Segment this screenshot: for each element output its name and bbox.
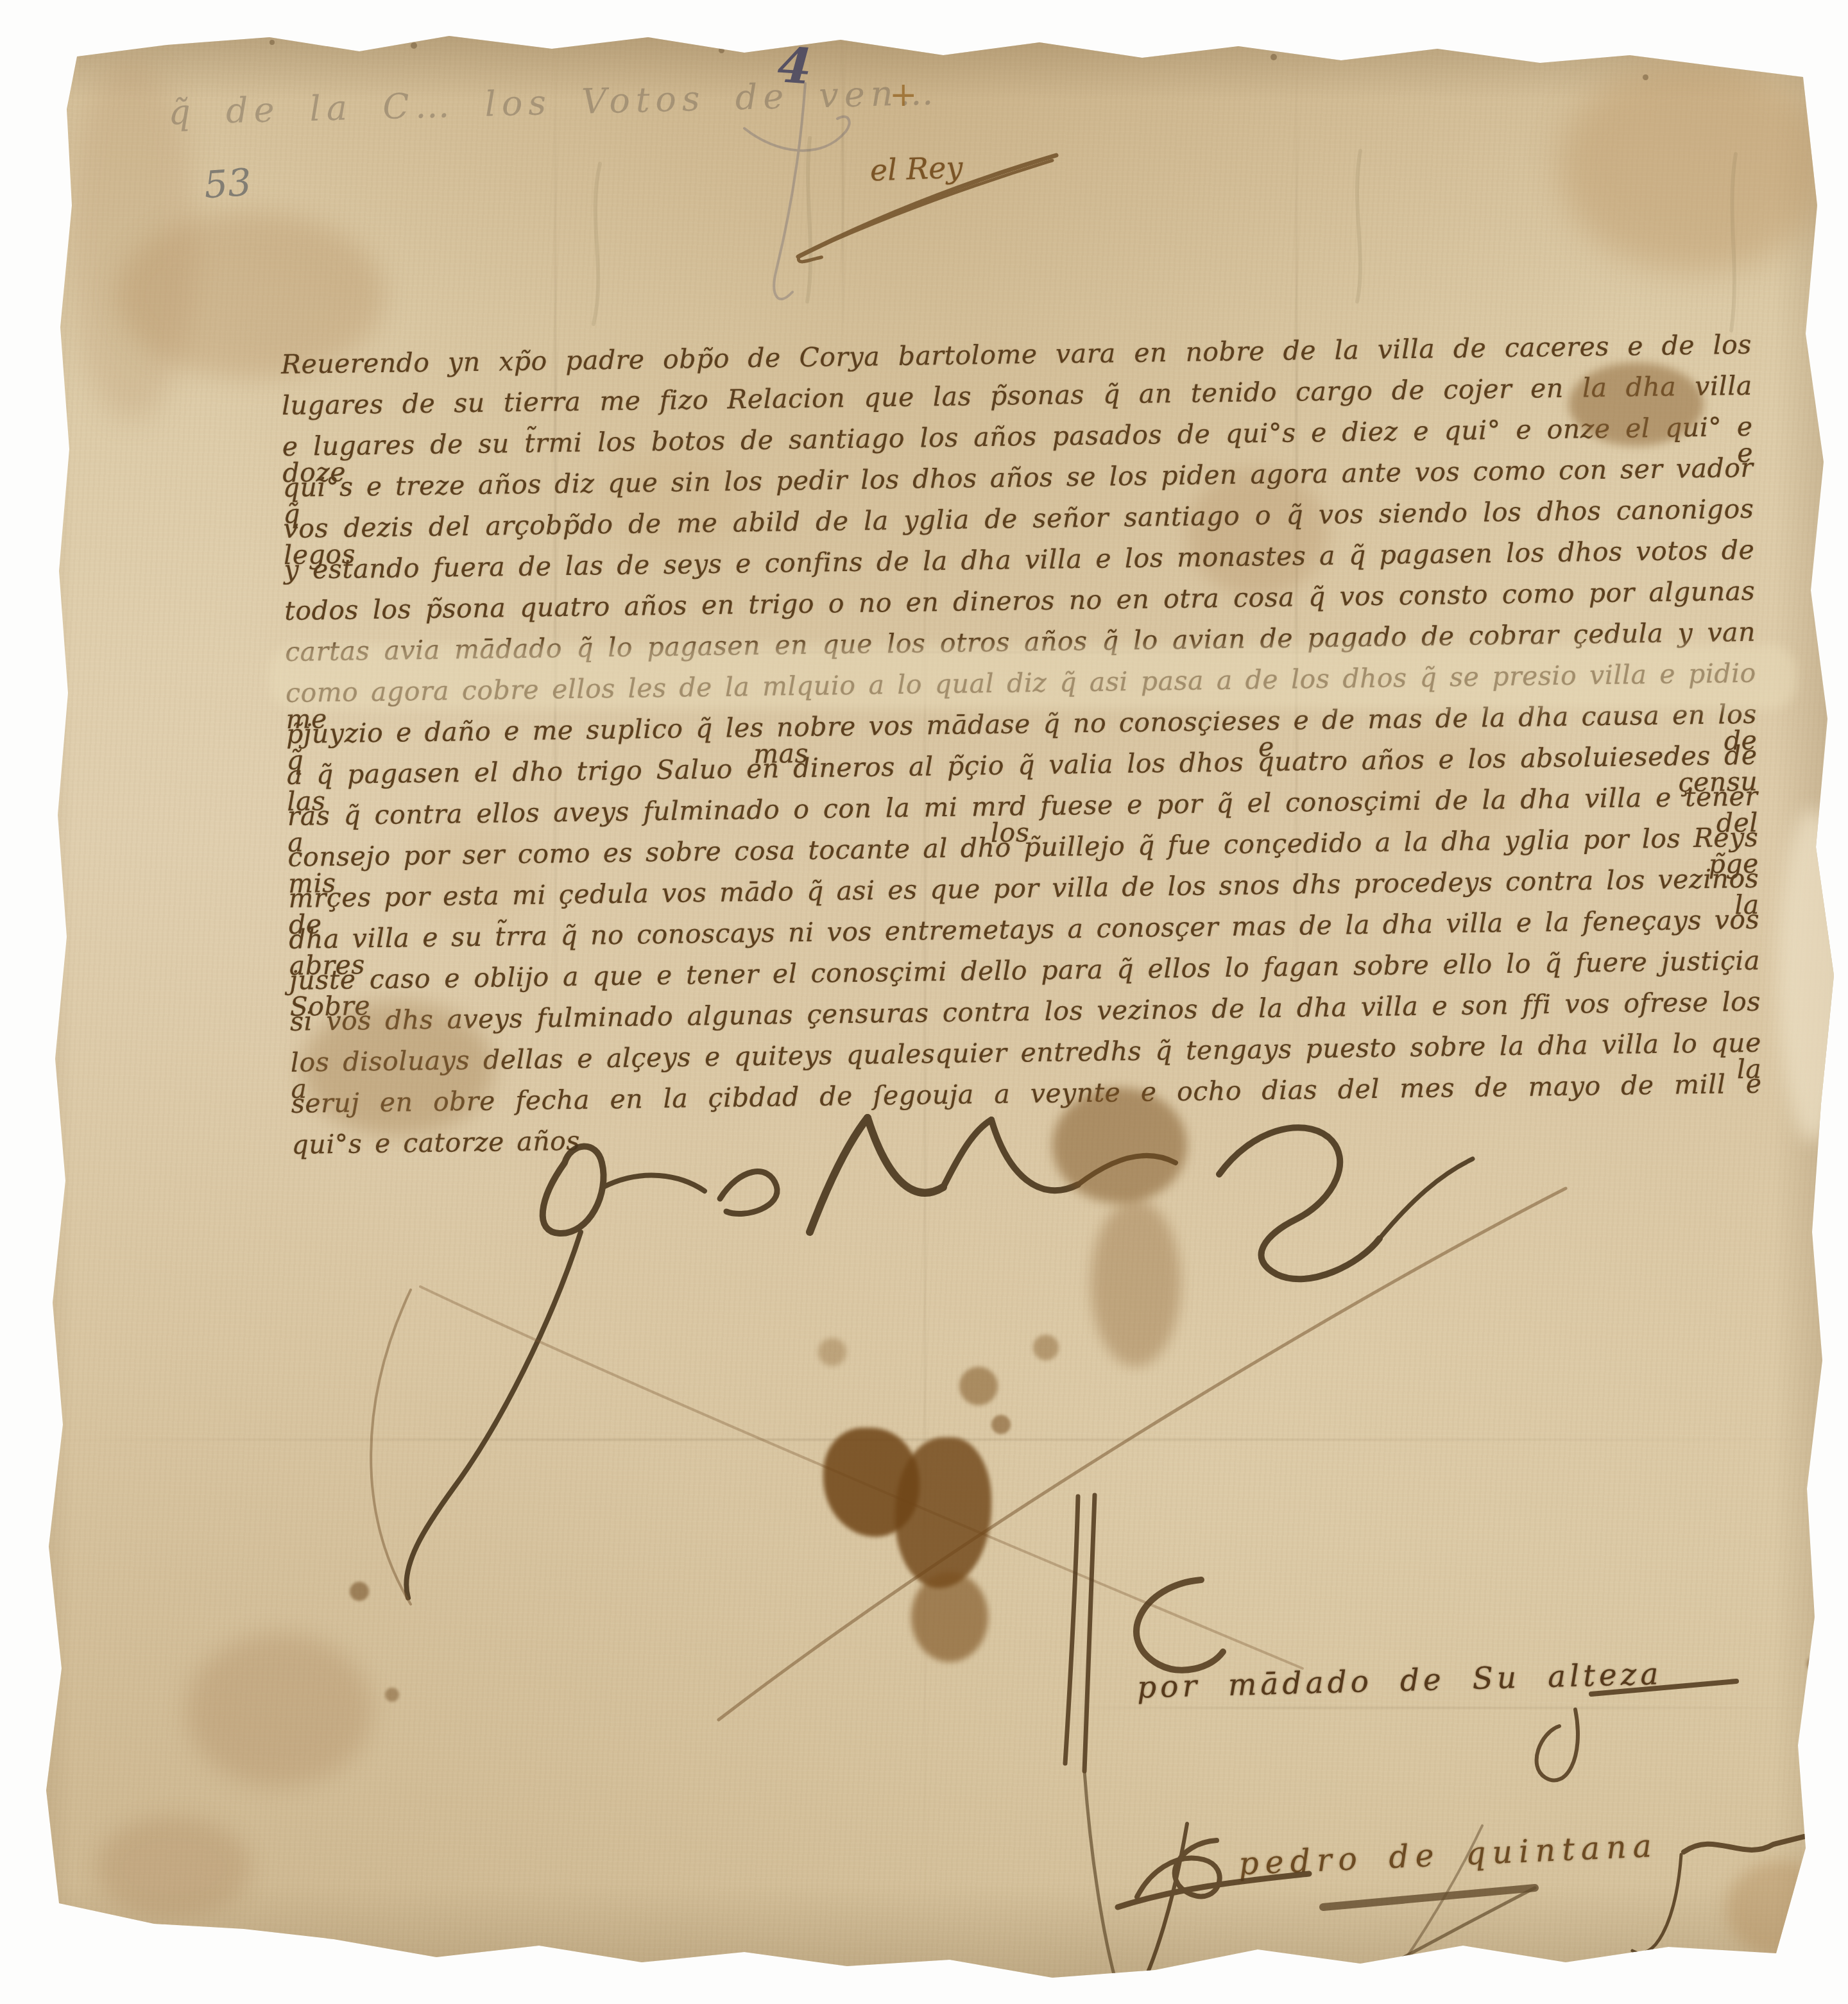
showthrough-stroke <box>1731 154 1736 330</box>
rubric-stroke <box>943 1120 991 1187</box>
rubric-stroke <box>810 1118 868 1232</box>
rubric-stroke <box>1219 1127 1380 1279</box>
heading-flourish <box>798 155 1056 262</box>
showthrough-stroke <box>594 164 600 324</box>
rubric-stroke <box>1078 1156 1176 1185</box>
secretary-stroke <box>1065 1496 1078 1763</box>
scribble-stroke <box>744 117 850 151</box>
secretary-stroke <box>1134 1824 1187 2001</box>
royal-signature-rubric <box>406 1118 1473 1598</box>
rubric-crossing-strokes <box>371 1188 1566 1720</box>
crossing-stroke <box>719 1188 1566 1720</box>
secretary-stroke <box>1591 1681 1736 1694</box>
pencil-scribble <box>744 83 850 299</box>
showthrough-marks <box>594 138 1736 330</box>
rubric-stroke <box>720 1172 777 1214</box>
parchment-sheet: q̃ de la C… los Votos de ven… 53 4 + el … <box>0 0 1848 2004</box>
rubric-stroke <box>406 1232 581 1598</box>
crossing-stroke <box>371 1290 411 1604</box>
secretary-stroke <box>1084 1495 1095 1771</box>
crossing-stroke <box>420 1287 1303 1668</box>
rubric-stroke <box>991 1120 1078 1190</box>
photo-background: q̃ de la C… los Votos de ven… 53 4 + el … <box>0 0 1848 2004</box>
flourish-stroke <box>798 160 1052 262</box>
secretary-stroke <box>1632 1854 1681 1953</box>
ink-flourish-overlay <box>0 0 1848 2004</box>
showthrough-stroke <box>807 138 810 302</box>
secretary-stroke <box>1537 1709 1578 1780</box>
ink-spot <box>1807 1656 1824 1672</box>
rubric-stroke <box>603 1176 705 1191</box>
showthrough-stroke <box>1357 151 1360 302</box>
secretary-stroke <box>1136 1580 1223 1670</box>
secretary-stroke <box>1084 1771 1122 2001</box>
scribble-stroke <box>774 83 805 299</box>
secretary-stroke <box>1684 1837 1804 1852</box>
rubric-stroke <box>543 1146 604 1233</box>
rubric-stroke <box>868 1118 943 1193</box>
rubric-stroke <box>1380 1159 1473 1238</box>
secretary-flourishes <box>1065 1495 1804 2002</box>
secretary-stroke <box>1373 1826 1482 2002</box>
